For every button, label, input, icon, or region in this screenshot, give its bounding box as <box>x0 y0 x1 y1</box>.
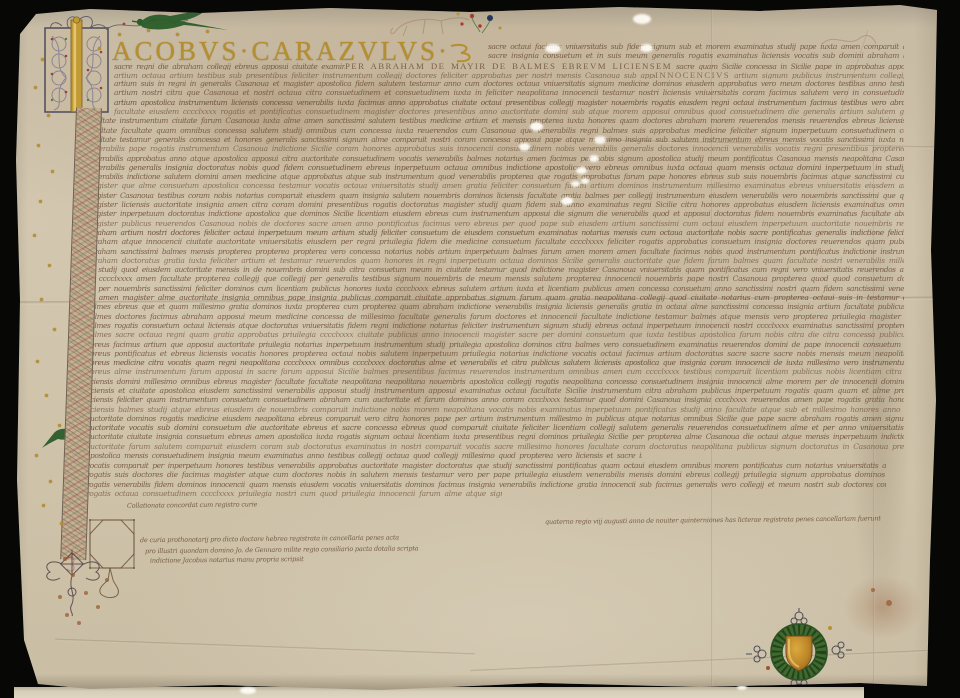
glare-spot <box>545 44 561 53</box>
foxing-dot <box>886 600 892 606</box>
gold-dot <box>48 264 51 267</box>
foxing-dot <box>105 578 109 582</box>
foxing-dot <box>71 573 75 577</box>
swallow-ornament <box>132 6 232 38</box>
foxing-dot <box>63 557 67 561</box>
gold-dot <box>118 33 121 36</box>
glare-spot <box>576 167 587 174</box>
glare-spot <box>633 14 651 24</box>
parchment: ACOBVS·CARAZVLVS· sacre octaui facimus v… <box>0 0 960 698</box>
closing-lines: vocatis comparuit per inperpetuum honore… <box>86 461 886 498</box>
glare-spot <box>589 155 599 162</box>
flower-dots <box>450 6 520 36</box>
gold-dot <box>47 114 50 117</box>
gold-dot <box>206 30 209 33</box>
notary-annotation: indictione Jacobus notarius manu propria… <box>150 553 470 564</box>
gold-dot <box>42 504 45 507</box>
foxing-dot <box>58 595 62 599</box>
foxing-dot <box>96 605 100 609</box>
gold-dot <box>60 522 63 525</box>
gold-dot <box>39 200 42 203</box>
gold-dot <box>98 47 101 50</box>
gold-dot <box>40 298 43 301</box>
gold-dot <box>34 86 37 89</box>
foxing-dot <box>871 588 875 592</box>
glare-spot <box>530 122 543 131</box>
glare-spot <box>571 181 580 187</box>
gold-dot <box>37 144 40 147</box>
gold-dot <box>33 234 36 237</box>
photo-frame: ACOBVS·CARAZVLVS· sacre octaui facimus v… <box>0 0 960 698</box>
crease-bottom-left <box>55 639 475 656</box>
gold-dot <box>58 424 61 427</box>
parchment-right-edge-shadow <box>914 0 960 698</box>
glare-spot <box>581 178 589 184</box>
gold-dot <box>49 480 52 483</box>
gold-dot <box>53 328 56 331</box>
notary-annotation: pro illustri quondam domino Jo. de Genna… <box>145 543 565 555</box>
coat-of-arms <box>742 598 857 698</box>
gold-dot <box>51 170 54 173</box>
glare-spot <box>240 687 256 694</box>
foxing-dot <box>77 621 81 625</box>
gold-dot <box>36 360 39 363</box>
foxing-dot <box>65 613 69 617</box>
glare-spot <box>561 197 573 205</box>
gold-dot <box>35 454 38 457</box>
glare-spot <box>519 143 530 151</box>
notarial-sign <box>88 516 140 602</box>
body-lines: sacre octaui facimus vniuersitatis sub f… <box>86 42 904 460</box>
collation-gloss: Collationata concordat cum registro curi… <box>127 500 267 509</box>
mat-strip <box>14 687 864 698</box>
gold-dot <box>147 29 150 32</box>
parchment-left-edge-shadow <box>0 0 28 698</box>
notary-annotation: de curia prothonotarij pro dicto doctore… <box>140 532 560 544</box>
gold-dot <box>45 394 48 397</box>
gold-dot <box>41 58 44 61</box>
glare-spot <box>640 44 653 52</box>
foxing-dot <box>84 591 88 595</box>
gold-dot <box>176 33 179 36</box>
glare-spot <box>594 136 606 144</box>
